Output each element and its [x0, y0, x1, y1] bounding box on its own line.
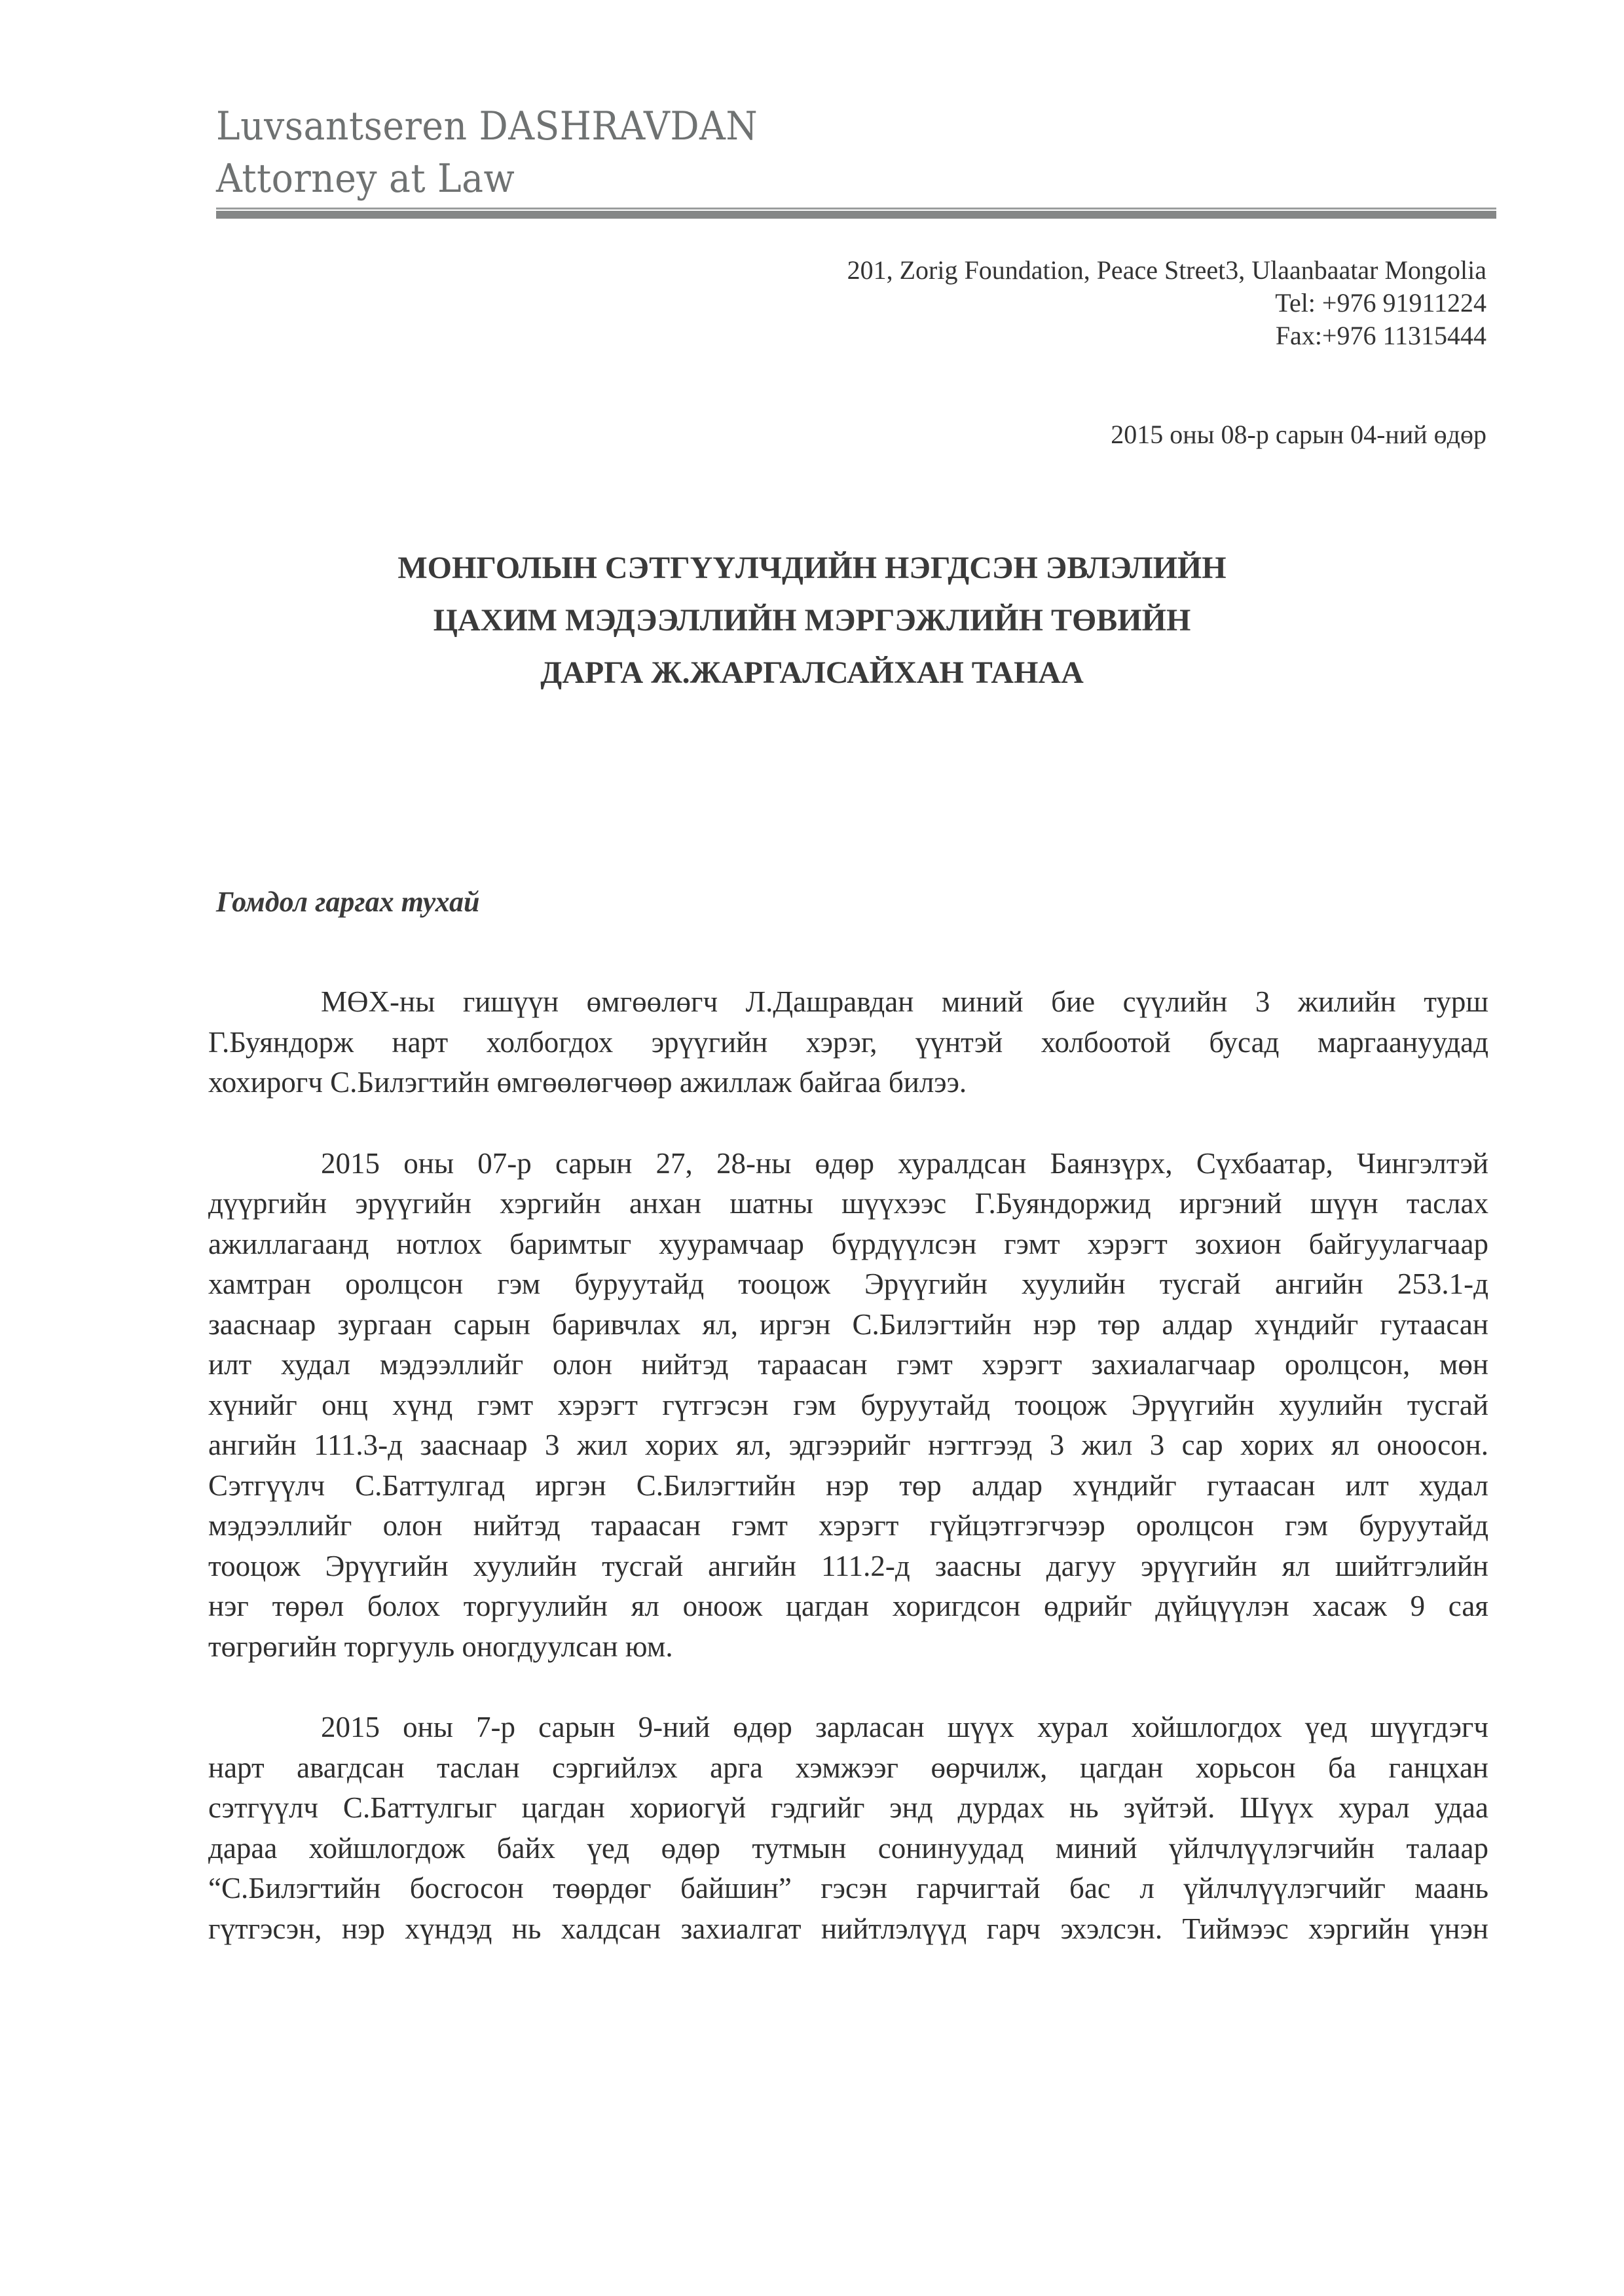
body-paragraph: МӨХ-ны гишүүн өмгөөлөгч Л.Дашравдан мини…	[208, 982, 1488, 1103]
sender-street-address: 201, Zorig Foundation, Peace Street3, Ul…	[847, 254, 1486, 287]
body-line: нарт авагдсан таслан сэргийлэх арга хэмж…	[208, 1748, 1488, 1789]
body-line: хамтран оролцсон гэм буруутайд тооцож Эр…	[208, 1264, 1488, 1305]
body-paragraph: 2015 оны 7-р сарын 9-ний өдөр зарласан ш…	[208, 1707, 1488, 1949]
letterhead-attorney-title: Attorney at Law	[216, 156, 515, 202]
body-line: дараа хойшлогдож байх үед өдөр тутмын со…	[208, 1829, 1488, 1869]
recipient-block: МОНГОЛЫН СЭТГҮҮЛЧДИЙН НЭГДСЭН ЭВЛЭЛИЙН Ц…	[0, 542, 1624, 699]
body-line: төгрөгийн торгууль оногдуулсан юм.	[208, 1627, 1488, 1667]
sender-telephone: Tel: +976 91911224	[847, 287, 1486, 319]
body-line: тооцож Эрүүгийн хуулийн тусгай ангийн 11…	[208, 1546, 1488, 1587]
letter-date: 2015 оны 08-р сарын 04-ний өдөр	[1111, 419, 1486, 450]
body-line: 2015 оны 07-р сарын 27, 28-ны өдөр хурал…	[208, 1144, 1488, 1184]
body-line: гүтгэсэн, нэр хүндэд нь халдсан захиалга…	[208, 1909, 1488, 1950]
letterhead-divider-thick	[216, 211, 1496, 219]
letter-subject: Гомдол гаргах тухай	[216, 885, 480, 919]
body-line: хохирогч С.Билэгтийн өмгөөлөгчөөр ажилла…	[208, 1063, 1488, 1103]
letter-body: МӨХ-ны гишүүн өмгөөлөгч Л.Дашравдан мини…	[208, 982, 1488, 1990]
recipient-line: ЦАХИМ МЭДЭЭЛЛИЙН МЭРГЭЖЛИЙН ТӨВИЙН	[0, 594, 1624, 647]
recipient-line: ДАРГА Ж.ЖАРГАЛСАЙХАН ТАНАА	[0, 647, 1624, 699]
body-line: зааснаар зургаан сарын баривчлах ял, ирг…	[208, 1305, 1488, 1345]
body-line: хүнийг онц хүнд гэмт хэрэгт гүтгэсэн гэм…	[208, 1385, 1488, 1426]
body-line: Г.Буяндорж нарт холбогдох эрүүгийн хэрэг…	[208, 1023, 1488, 1063]
letterhead-attorney-name: Luvsantseren DASHRAVDAN	[216, 103, 758, 149]
body-paragraph: 2015 оны 07-р сарын 27, 28-ны өдөр хурал…	[208, 1144, 1488, 1667]
body-line: нэг төрөл болох торгуулийн ял оноож цагд…	[208, 1586, 1488, 1627]
sender-fax: Fax:+976 11315444	[847, 319, 1486, 352]
body-line: мэдээллийг олон нийтэд тараасан гэмт хэр…	[208, 1506, 1488, 1546]
body-line: ангийн 111.3-д зааснаар 3 жил хорих ял, …	[208, 1425, 1488, 1466]
body-line: ажиллагаанд нотлох баримтыг хуурамчаар б…	[208, 1224, 1488, 1265]
letterhead-divider-thin	[216, 208, 1496, 210]
body-line: 2015 оны 7-р сарын 9-ний өдөр зарласан ш…	[208, 1707, 1488, 1748]
recipient-line: МОНГОЛЫН СЭТГҮҮЛЧДИЙН НЭГДСЭН ЭВЛЭЛИЙН	[0, 542, 1624, 594]
body-line: “С.Билэгтийн босгосон төөрдөг байшин” гэ…	[208, 1868, 1488, 1909]
body-line: сэтгүүлч С.Баттулгыг цагдан хориогүй гэд…	[208, 1788, 1488, 1829]
body-line: Сэтгүүлч С.Баттулгад иргэн С.Билэгтийн н…	[208, 1466, 1488, 1506]
body-line: илт худал мэдээллийг олон нийтэд тарааса…	[208, 1345, 1488, 1385]
body-line: дүүргийн эрүүгийн хэргийн анхан шатны шү…	[208, 1184, 1488, 1224]
sender-address-block: 201, Zorig Foundation, Peace Street3, Ul…	[847, 254, 1486, 352]
body-line: МӨХ-ны гишүүн өмгөөлөгч Л.Дашравдан мини…	[208, 982, 1488, 1023]
